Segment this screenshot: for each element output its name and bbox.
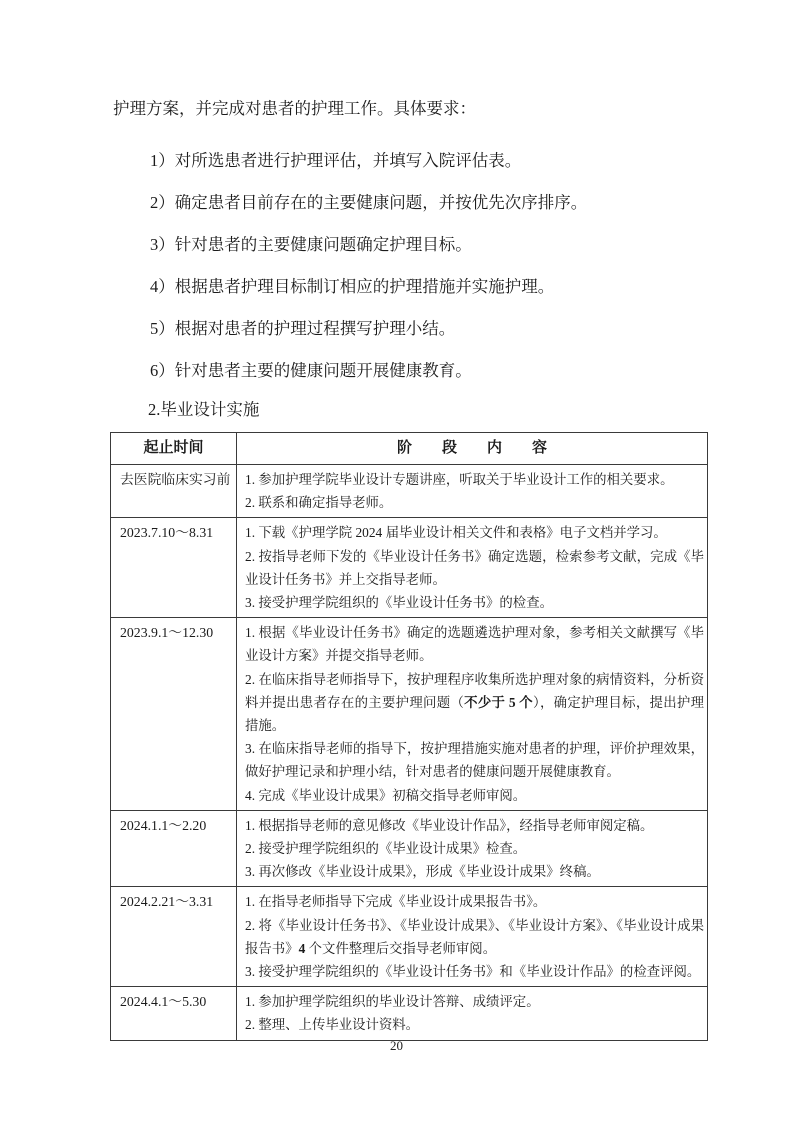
time-cell: 2024.2.21～3.31: [111, 887, 237, 987]
requirement-item: 6）针对患者主要的健康问题开展健康教育。: [150, 359, 708, 383]
content-cell: 1. 下载《护理学院 2024 届毕业设计相关文件和表格》电子文档并学习。2. …: [237, 518, 708, 618]
table-row: 2024.1.1～2.201. 根据指导老师的意见修改《毕业设计作品》，经指导老…: [111, 810, 708, 887]
table-row: 2023.7.10～8.311. 下载《护理学院 2024 届毕业设计相关文件和…: [111, 518, 708, 618]
stage-item: 2. 整理、上传毕业设计资料。: [245, 1013, 704, 1036]
stage-item: 2. 接受护理学院组织的《毕业设计成果》检查。: [245, 837, 704, 860]
requirement-item: 2）确定患者目前存在的主要健康问题，并按优先次序排序。: [150, 191, 708, 215]
schedule-table-body: 去医院临床实习前1. 参加护理学院毕业设计专题讲座，听取关于毕业设计工作的相关要…: [111, 465, 708, 1041]
stage-item: 1. 根据《毕业设计任务书》确定的选题遴选护理对象，参考相关文献撰写《毕业设计方…: [245, 621, 704, 667]
content-cell: 1. 参加护理学院组织的毕业设计答辩、成绩评定。2. 整理、上传毕业设计资料。: [237, 987, 708, 1040]
header-cell-time: 起止时间: [111, 433, 237, 465]
time-cell: 去医院临床实习前: [111, 465, 237, 518]
time-cell: 2023.9.1～12.30: [111, 618, 237, 811]
stage-item: 1. 根据指导老师的意见修改《毕业设计作品》，经指导老师审阅定稿。: [245, 814, 704, 837]
table-row: 2024.4.1～5.301. 参加护理学院组织的毕业设计答辩、成绩评定。2. …: [111, 987, 708, 1040]
requirement-item: 4）根据患者护理目标制订相应的护理措施并实施护理。: [150, 275, 708, 299]
stage-item: 2. 按指导老师下发的《毕业设计任务书》确定选题，检索参考文献，完成《毕业设计任…: [245, 545, 704, 591]
table-row: 去医院临床实习前1. 参加护理学院毕业设计专题讲座，听取关于毕业设计工作的相关要…: [111, 465, 708, 518]
stage-item: 2. 在临床指导老师指导下，按护理程序收集所选护理对象的病情资料，分析资料并提出…: [245, 668, 704, 738]
content-cell: 1. 参加护理学院毕业设计专题讲座，听取关于毕业设计工作的相关要求。2. 联系和…: [237, 465, 708, 518]
schedule-table: 起止时间 阶 段 内 容 去医院临床实习前1. 参加护理学院毕业设计专题讲座，听…: [110, 432, 708, 1041]
stage-item: 3. 接受护理学院组织的《毕业设计任务书》和《毕业设计作品》的检查评阅。: [245, 960, 704, 983]
requirement-item: 1）对所选患者进行护理评估，并填写入院评估表。: [150, 149, 708, 173]
header-cell-stage-content: 阶 段 内 容: [237, 433, 708, 465]
time-cell: 2024.1.1～2.20: [111, 810, 237, 887]
stage-item: 1. 参加护理学院组织的毕业设计答辩、成绩评定。: [245, 990, 704, 1013]
content-cell: 1. 根据《毕业设计任务书》确定的选题遴选护理对象，参考相关文献撰写《毕业设计方…: [237, 618, 708, 811]
page-content: 护理方案，并完成对患者的护理工作。具体要求： 1）对所选患者进行护理评估，并填写…: [110, 97, 708, 1041]
table-row: 2024.2.21～3.311. 在指导老师指导下完成《毕业设计成果报告书》。2…: [111, 887, 708, 987]
time-cell: 2024.4.1～5.30: [111, 987, 237, 1040]
stage-item: 2. 将《毕业设计任务书》、《毕业设计成果》、《毕业设计方案》、《毕业设计成果报…: [245, 914, 704, 960]
stage-item: 1. 参加护理学院毕业设计专题讲座，听取关于毕业设计工作的相关要求。: [245, 468, 704, 491]
section-heading: 2.毕业设计实施: [148, 398, 708, 422]
stage-item: 1. 下载《护理学院 2024 届毕业设计相关文件和表格》电子文档并学习。: [245, 521, 704, 544]
requirement-item: 3）针对患者的主要健康问题确定护理目标。: [150, 233, 708, 257]
content-cell: 1. 在指导老师指导下完成《毕业设计成果报告书》。2. 将《毕业设计任务书》、《…: [237, 887, 708, 987]
stage-item: 3. 再次修改《毕业设计成果》，形成《毕业设计成果》终稿。: [245, 860, 704, 883]
requirement-item: 5）根据对患者的护理过程撰写护理小结。: [150, 317, 708, 341]
content-cell: 1. 根据指导老师的意见修改《毕业设计作品》，经指导老师审阅定稿。2. 接受护理…: [237, 810, 708, 887]
requirements-list: 1）对所选患者进行护理评估，并填写入院评估表。2）确定患者目前存在的主要健康问题…: [150, 149, 708, 383]
intro-paragraph: 护理方案，并完成对患者的护理工作。具体要求：: [113, 97, 708, 121]
stage-item: 2. 联系和确定指导老师。: [245, 491, 704, 514]
stage-item: 3. 在临床指导老师的指导下，按护理措施实施对患者的护理，评价护理效果，做好护理…: [245, 737, 704, 783]
page-number: 20: [0, 1038, 793, 1054]
stage-item: 1. 在指导老师指导下完成《毕业设计成果报告书》。: [245, 890, 704, 913]
time-cell: 2023.7.10～8.31: [111, 518, 237, 618]
stage-item: 4. 完成《毕业设计成果》初稿交指导老师审阅。: [245, 784, 704, 807]
table-row: 2023.9.1～12.301. 根据《毕业设计任务书》确定的选题遴选护理对象，…: [111, 618, 708, 811]
schedule-table-head: 起止时间 阶 段 内 容: [111, 433, 708, 465]
stage-item: 3. 接受护理学院组织的《毕业设计任务书》的检查。: [245, 591, 704, 614]
header-row: 起止时间 阶 段 内 容: [111, 433, 708, 465]
document-page: 护理方案，并完成对患者的护理工作。具体要求： 1）对所选患者进行护理评估，并填写…: [0, 0, 793, 1122]
